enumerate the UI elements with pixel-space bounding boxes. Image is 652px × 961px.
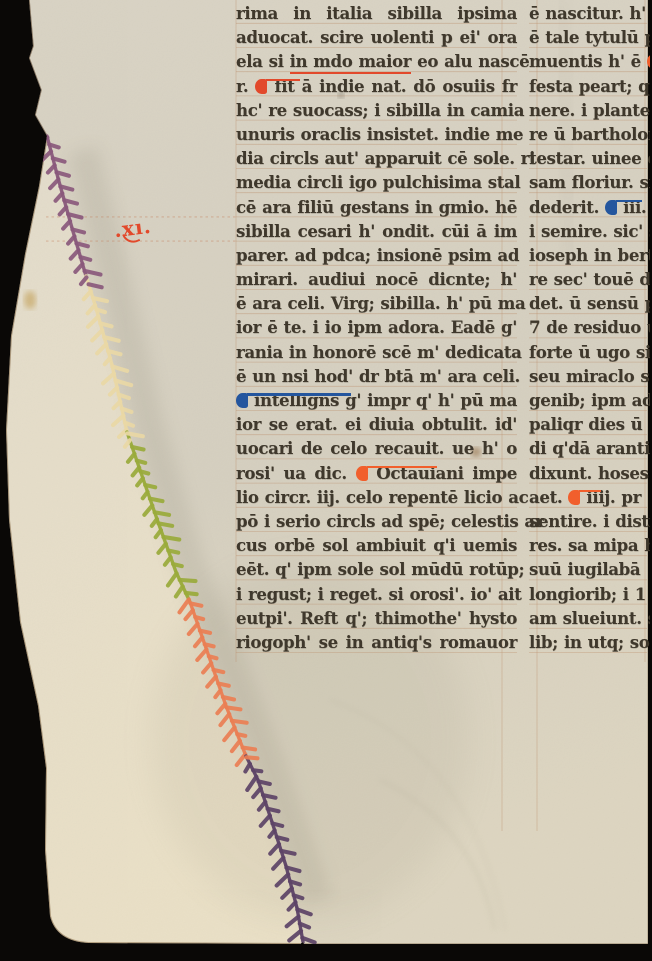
text-line: pō i serio circls ad spē; celestis ar <box>236 509 517 533</box>
text-line: nere. i plante . <box>529 98 650 122</box>
text-run: longiorib; i 1 <box>529 584 646 604</box>
text-run: parer. ad pdca; insionē psim ad <box>236 245 519 265</box>
text-run: ior ē te. i io ipm adora. Eadē g' <box>236 317 517 337</box>
text-line: parer. ad pdca; insionē psim ad <box>236 243 517 267</box>
text-run: re sec' touē di <box>529 269 650 289</box>
text-line: i semire. sic' s <box>529 219 650 243</box>
text-line: sibilla cesari h' ondit. cūi ā im <box>236 219 517 243</box>
text-line: cē ara filiū gestans in gmio. hē <box>236 195 517 219</box>
text-line: ior se erat. ei diuia obtulit. id' <box>236 412 517 436</box>
text-line: unuris oraclis insistet. indie me <box>236 122 517 146</box>
text-column-right: ē nascitur. h' aē tale tytulū pmuentis h… <box>529 1 650 654</box>
text-run: forte ū ugo si <box>529 342 650 362</box>
paragraph-mark-icon <box>647 54 650 69</box>
text-run: re ū bartholom <box>529 124 650 144</box>
text-run: seu miraclo se <box>529 366 650 386</box>
text-run: di q'dā aranti <box>529 438 650 458</box>
text-run: dederit. <box>529 197 605 217</box>
text-line: lib; in utq; sol <box>529 630 650 654</box>
text-line: re ū bartholom <box>529 122 650 146</box>
text-run: eutpi'. Reft q'; thimothe' hysto <box>236 608 517 628</box>
text-line: festa peart; q' i <box>529 74 650 98</box>
text-run: rima in italia sibilla ipsima <box>236 3 517 23</box>
text-line: ē un nsi hod' dr btā m' ara celi. <box>236 364 517 388</box>
text-line: ē nascitur. h' a <box>529 1 650 25</box>
text-line: testar. uinee e <box>529 146 650 170</box>
text-run: eēt. q' ipm sole sol mūdū rotūp; <box>236 559 524 579</box>
text-run: lio circr. iij. celo repentē licio ac <box>236 487 528 507</box>
text-line: eēt. q' ipm sole sol mūdū rotūp; <box>236 557 517 581</box>
text-run: sibilla cesari h' ondit. cūi ā im <box>236 221 517 241</box>
text-run: ela si <box>236 51 290 71</box>
text-line: hc' re suocass; i sibilla in camia <box>236 98 517 122</box>
text-run: muentis h' ē <box>529 51 647 71</box>
text-line: am slueiunt. s <box>529 606 650 630</box>
text-line: lio circr. iij. celo repentē licio ac <box>236 485 517 509</box>
text-line: sentire. i disti <box>529 509 650 533</box>
text-line: intelligns g' impr q' h' pū ma <box>236 388 517 412</box>
margin-note-xi: .xı. <box>113 214 153 242</box>
text-run: aet. <box>529 487 568 507</box>
text-run: testar. uinee e <box>529 148 650 168</box>
text-run: fit ā indie nat. dō osuiis fr <box>267 76 517 96</box>
text-run: eo alu nascē <box>411 51 529 71</box>
paragraph-mark-icon <box>605 200 617 215</box>
text-run: nere. i plante . <box>529 100 650 120</box>
text-line: ē tale tytulū p <box>529 25 650 49</box>
text-run: i semire. sic' s <box>529 221 650 241</box>
text-line: aduocat. scire uolenti p ei' ora <box>236 25 517 49</box>
text-run: suū iugilabā <box>529 559 640 579</box>
text-run: ior se erat. ei diuia obtulit. id' <box>236 414 517 434</box>
text-run: sentire. i disti <box>529 511 650 531</box>
text-run: cus orbē sol ambiuit q'i uemis <box>236 535 517 555</box>
text-run: i regust; i reget. si orosi'. io' ait <box>236 584 522 604</box>
text-line: sam floriur. si <box>529 170 650 194</box>
text-run: dixunt. hoses <box>529 463 649 483</box>
text-line: genib; ipm ad <box>529 388 650 412</box>
text-line: ela si in mdo maior eo alu nascē <box>236 49 517 73</box>
text-line: rima in italia sibilla ipsima <box>236 1 517 25</box>
paragraph-mark-icon <box>255 79 267 94</box>
text-line: uocari de celo recauit. ue h' o <box>236 436 517 460</box>
text-run: det. ū sensū p <box>529 293 650 313</box>
text-line: forte ū ugo si <box>529 340 650 364</box>
text-line: di q'dā aranti <box>529 436 650 460</box>
text-line: 7 de residuo u <box>529 315 650 339</box>
text-line: seu miraclo se <box>529 364 650 388</box>
text-run: mirari. audiui nocē dicnte; h' <box>236 269 517 289</box>
paragraph-mark-icon <box>356 466 368 481</box>
text-line: riogoph' se in antiq's romauor <box>236 630 517 654</box>
text-line: ioseph in berth <box>529 243 650 267</box>
text-line: res. sa mipa h <box>529 533 650 557</box>
text-run: rania in honorē scē m' dedicata <box>236 342 522 362</box>
text-line: aet. iiij. pr <box>529 485 650 509</box>
text-run: media circli igo pulchisima stal <box>236 172 520 192</box>
text-line: det. ū sensū p <box>529 291 650 315</box>
text-line: dia circls aut' apparuit cē sole. ri <box>236 146 517 170</box>
text-line: i regust; i reget. si orosi'. io' ait <box>236 582 517 606</box>
text-run: ioseph in berth <box>529 245 650 265</box>
text-line: muentis h' ē <box>529 49 650 73</box>
text-line: cus orbē sol ambiuit q'i uemis <box>236 533 517 557</box>
text-line: suū iugilabā <box>529 557 650 581</box>
text-line: ior ē te. i io ipm adora. Eadē g' <box>236 315 517 339</box>
text-line: rosi' ua dic. Octauiani impe <box>236 461 517 485</box>
paragraph-mark-icon <box>568 490 580 505</box>
text-run: ē tale tytulū p <box>529 27 650 47</box>
text-line: dederit. iii. p <box>529 195 650 219</box>
text-run: lib; in utq; sol <box>529 632 650 652</box>
text-line: re sec' touē di <box>529 267 650 291</box>
text-run: uocari de celo recauit. ue h' o <box>236 438 517 458</box>
text-run: festa peart; q' i <box>529 76 650 96</box>
text-run: riogoph' se in antiq's romauor <box>236 632 517 652</box>
text-line: ē ara celi. Virg; sibilla. h' pū ma <box>236 291 517 315</box>
text-run: dia circls aut' apparuit cē sole. ri <box>236 148 535 168</box>
text-line: dixunt. hoses <box>529 461 650 485</box>
text-run: hc' re suocass; i sibilla in camia <box>236 100 524 120</box>
text-run: rosi' ua dic. <box>236 463 356 483</box>
paragraph-mark-icon <box>236 393 248 408</box>
text-run: 7 de residuo u <box>529 317 650 337</box>
text-run: ē nascitur. h' a <box>529 3 650 23</box>
text-run: ē ara celi. Virg; sibilla. h' pū ma <box>236 293 525 313</box>
text-line: eutpi'. Reft q'; thimothe' hysto <box>236 606 517 630</box>
text-run: pō i serio circls ad spē; celestis ar <box>236 511 543 531</box>
text-line: longiorib; i 1 <box>529 582 650 606</box>
text-run: r. <box>236 76 255 96</box>
text-run: genib; ipm ad <box>529 390 650 410</box>
text-line: rania in honorē scē m' dedicata <box>236 340 517 364</box>
text-line: mirari. audiui nocē dicnte; h' <box>236 267 517 291</box>
text-run-rubricated: in mdo maior <box>290 51 412 74</box>
text-run: cē ara filiū gestans in gmio. hē <box>236 197 517 217</box>
text-run: res. sa mipa h <box>529 535 650 555</box>
text-run: sam floriur. si <box>529 172 650 192</box>
text-column-left: rima in italia sibilla ipsimaaduocat. sc… <box>236 1 517 654</box>
text-line: r. fit ā indie nat. dō osuiis fr <box>236 74 517 98</box>
text-run: unuris oraclis insistet. indie me <box>236 124 523 144</box>
text-run: ē un nsi hod' dr btā m' ara celi. <box>236 366 520 386</box>
text-line: media circli igo pulchisima stal <box>236 170 517 194</box>
text-run: paliqr dies ū <box>529 414 642 434</box>
manuscript-photo: .xı. rima in italia sibilla ipsimaaduoca… <box>0 0 652 961</box>
text-run: am slueiunt. s <box>529 608 650 628</box>
text-run: aduocat. scire uolenti p ei' ora <box>236 27 517 47</box>
text-line: paliqr dies ū <box>529 412 650 436</box>
